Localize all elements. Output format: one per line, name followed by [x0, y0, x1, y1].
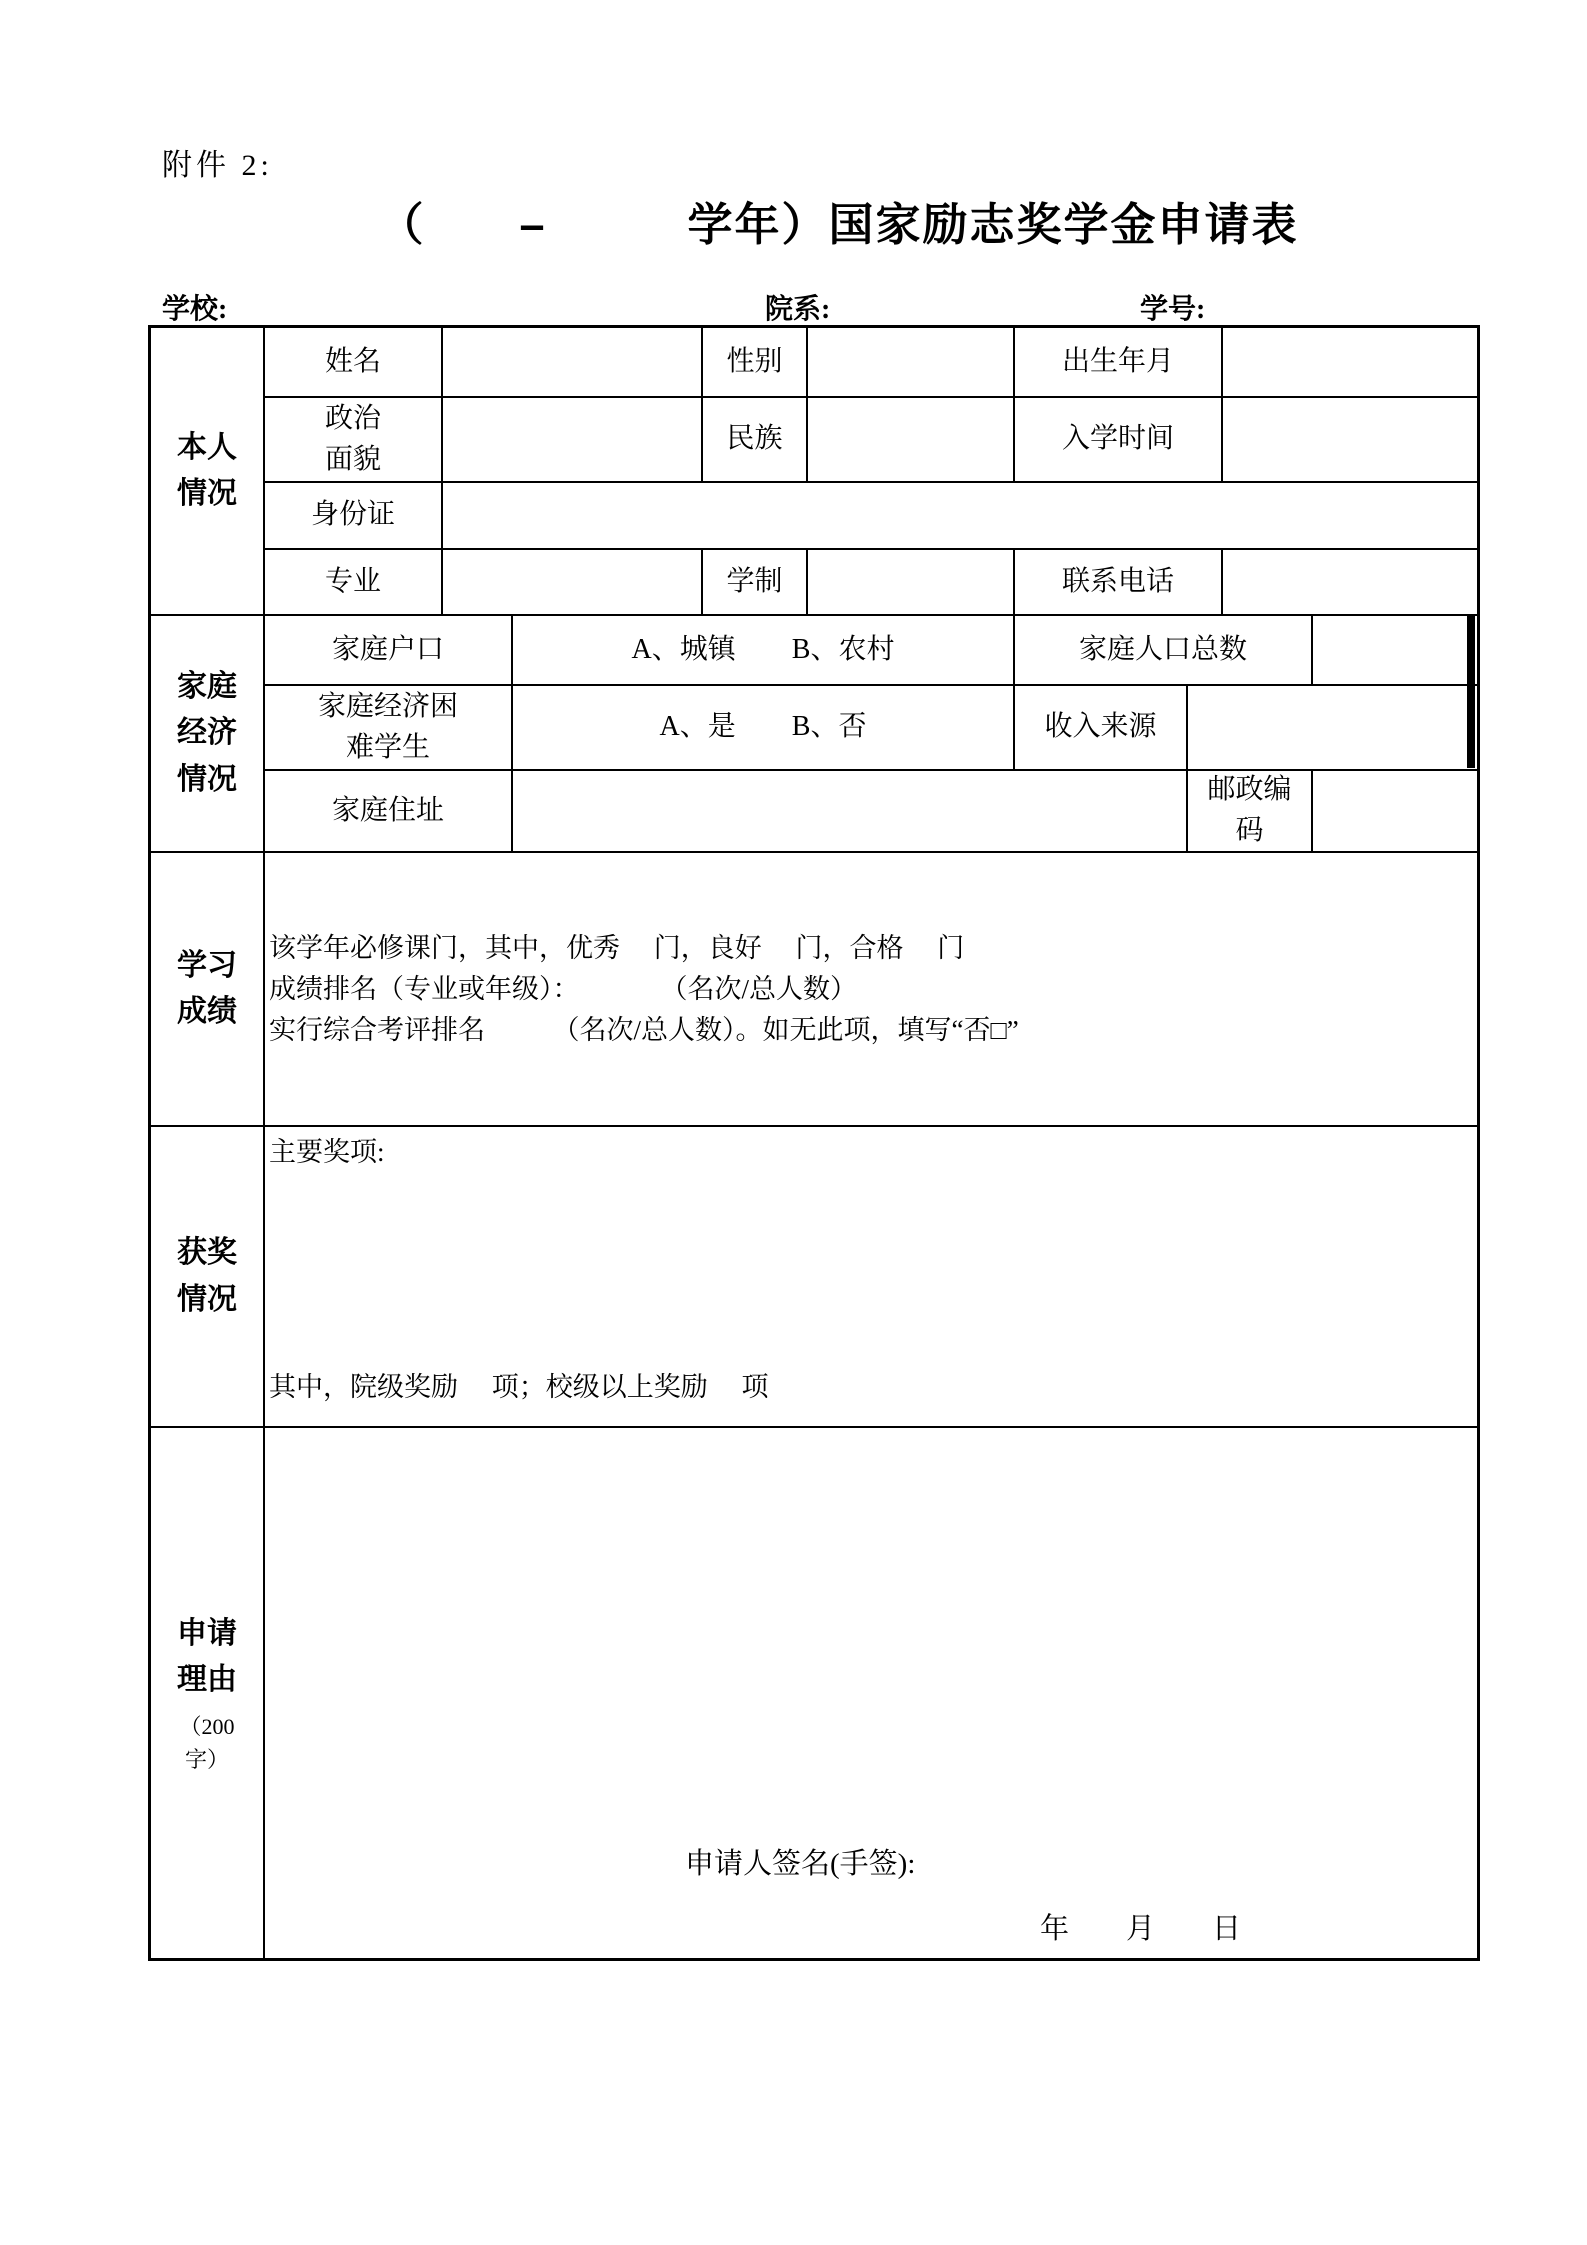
family-size-input-cell — [1313, 616, 1477, 686]
income-source-input-cell — [1188, 686, 1477, 771]
reason-content-cell: 申请人签名(手签): 年 月 日 — [265, 1428, 1477, 1958]
ethnicity-input-cell — [808, 398, 1015, 483]
id-card-label-cell: 身份证 — [265, 483, 443, 550]
academic-line-2: 成绩排名（专业或年级）： （名次/总人数） — [269, 969, 857, 1010]
academic-section-header: 学习成绩 — [151, 853, 265, 1127]
application-table: 本人情况 姓名 性别 出生年月 政治面貌 民族 入学时间 身份证 专业 学制 联… — [148, 325, 1480, 1961]
political-status-label-cell: 政治面貌 — [265, 398, 443, 483]
name-input-cell — [443, 328, 703, 398]
hukou-label-cell: 家庭户口 — [265, 616, 513, 686]
personal-section-header: 本人情况 — [151, 328, 265, 616]
word-limit-label: （200字） — [177, 1710, 236, 1776]
family-section-header: 家庭经济情况 — [151, 616, 265, 853]
home-address-label-cell: 家庭住址 — [265, 771, 513, 853]
birthdate-label-cell: 出生年月 — [1015, 328, 1223, 398]
table-edge-artifact — [1467, 616, 1475, 768]
main-awards-label: 主要奖项: — [269, 1135, 385, 1169]
awards-section-header: 获奖情况 — [151, 1127, 265, 1428]
academic-content-cell: 该学年必修课门，其中，优秀 门，良好 门，合格 门 成绩排名（专业或年级）： （… — [265, 853, 1477, 1127]
poor-student-options-cell: A、是 B、否 — [513, 686, 1015, 771]
birthdate-input-cell — [1223, 328, 1477, 398]
awards-content-cell: 主要奖项: 其中，院级奖励 项；校级以上奖励 项 — [265, 1127, 1477, 1428]
home-address-input-cell — [513, 771, 1188, 853]
id-card-input-cell — [443, 483, 1477, 550]
awards-summary-line: 其中，院级奖励 项；校级以上奖励 项 — [269, 1370, 769, 1404]
phone-input-cell — [1223, 550, 1477, 616]
form-page: 附件 2: （ – 学年）国家励志奖学金申请表 学校: 院系: 学号: 本人情况… — [0, 0, 1587, 2245]
major-label-cell: 专业 — [265, 550, 443, 616]
enrollment-date-label-cell: 入学时间 — [1015, 398, 1223, 483]
academic-line-3: 实行综合考评排名 （名次/总人数）。如无此项，填写“否□” — [269, 1010, 1019, 1051]
postcode-input-cell — [1313, 771, 1477, 853]
gender-label-cell: 性别 — [703, 328, 808, 398]
postcode-label-cell: 邮政编码 — [1188, 771, 1313, 853]
major-input-cell — [443, 550, 703, 616]
signature-label: 申请人签名(手签): — [685, 1843, 915, 1885]
political-status-input-cell — [443, 398, 703, 483]
header-fields-row: 学校: 院系: 学号: — [0, 287, 1587, 321]
study-length-label-cell: 学制 — [703, 550, 808, 616]
attachment-label: 附件 2: — [162, 140, 273, 184]
date-label: 年 月 日 — [1040, 1908, 1255, 1950]
ethnicity-label-cell: 民族 — [703, 398, 808, 483]
hukou-options-cell: A、城镇 B、农村 — [513, 616, 1015, 686]
student-id-field-label: 学号: — [1140, 287, 1205, 327]
enrollment-date-input-cell — [1223, 398, 1477, 483]
academic-line-1: 该学年必修课门，其中，优秀 门，良好 门，合格 门 — [269, 928, 964, 969]
poor-student-label-cell: 家庭经济困难学生 — [265, 686, 513, 771]
income-source-label-cell: 收入来源 — [1015, 686, 1188, 771]
gender-input-cell — [808, 328, 1015, 398]
phone-label-cell: 联系电话 — [1015, 550, 1223, 616]
reason-section-header: 申请理由 （200字） — [151, 1428, 265, 1958]
study-length-input-cell — [808, 550, 1015, 616]
school-field-label: 学校: — [162, 287, 227, 327]
family-size-label-cell: 家庭人口总数 — [1015, 616, 1313, 686]
name-label-cell: 姓名 — [265, 328, 443, 398]
form-title: （ – 学年）国家励志奖学金申请表 — [0, 188, 1587, 253]
department-field-label: 院系: — [765, 287, 830, 327]
